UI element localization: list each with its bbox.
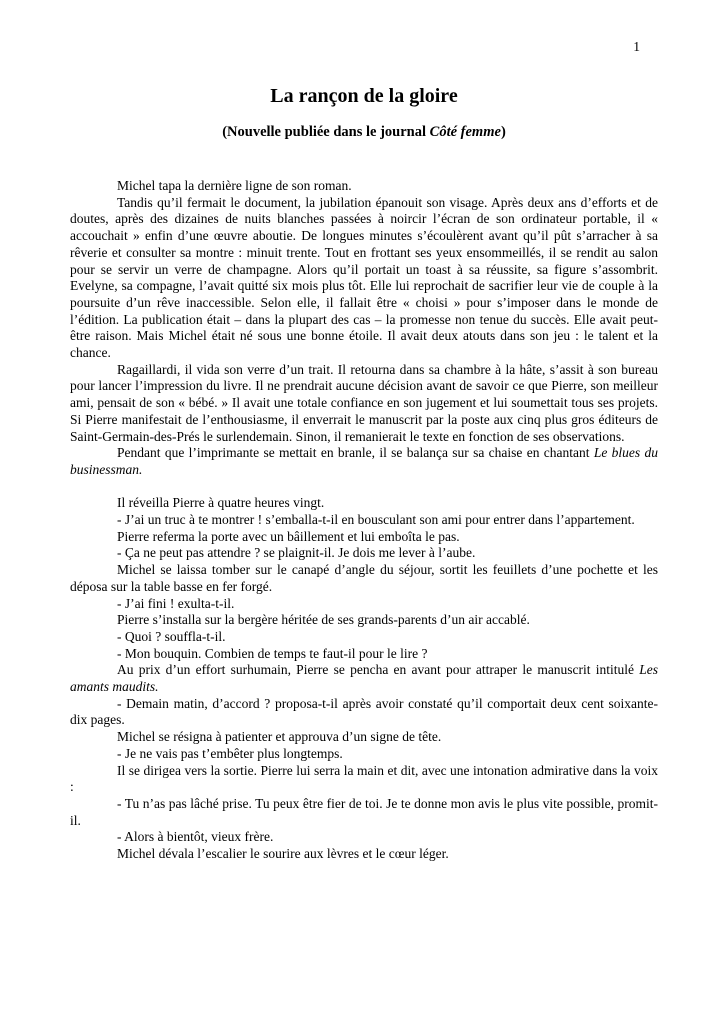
text-run: Il se dirigea vers la sortie. Pierre lui… bbox=[70, 763, 658, 795]
text-run: Pierre s’installa sur la bergère héritée… bbox=[117, 612, 530, 627]
text-run: ) bbox=[501, 124, 506, 140]
document-body: Michel tapa la dernière ligne de son rom… bbox=[70, 178, 658, 863]
text-run: Il réveilla Pierre à quatre heures vingt… bbox=[117, 495, 324, 510]
paragraph: Ragaillardi, il vida son verre d’un trai… bbox=[70, 362, 658, 446]
text-run: Au prix d’un effort surhumain, Pierre se… bbox=[117, 662, 639, 677]
paragraph: - J’ai fini ! exulta-t-il. bbox=[70, 596, 658, 613]
paragraph: Michel dévala l’escalier le sourire aux … bbox=[70, 846, 658, 863]
document-page: 1 La rançon de la gloire (Nouvelle publi… bbox=[0, 0, 724, 1024]
text-run: Michel se résigna à patienter et approuv… bbox=[117, 729, 441, 744]
paragraph: - Alors à bientôt, vieux frère. bbox=[70, 829, 658, 846]
paragraph: Tandis qu’il fermait le document, la jub… bbox=[70, 195, 658, 362]
paragraph: - J’ai un truc à te montrer ! s’emballa-… bbox=[70, 512, 658, 529]
text-run: - Quoi ? souffla-t-il. bbox=[117, 629, 225, 644]
text-run: Tandis qu’il fermait le document, la jub… bbox=[70, 195, 658, 360]
text-run: - J’ai fini ! exulta-t-il. bbox=[117, 596, 234, 611]
text-run: - Mon bouquin. Combien de temps te faut-… bbox=[117, 646, 427, 661]
paragraph: Michel se laissa tomber sur le canapé d’… bbox=[70, 562, 658, 595]
paragraph: - Tu n’as pas lâché prise. Tu peux être … bbox=[70, 796, 658, 829]
document-title: La rançon de la gloire bbox=[70, 85, 658, 108]
paragraph: Pierre s’installa sur la bergère héritée… bbox=[70, 612, 658, 629]
paragraph: - Ça ne peut pas attendre ? se plaignit-… bbox=[70, 545, 658, 562]
text-run: - Je ne vais pas t’embêter plus longtemp… bbox=[117, 746, 343, 761]
text-run: - Alors à bientôt, vieux frère. bbox=[117, 829, 273, 844]
paragraph: Il se dirigea vers la sortie. Pierre lui… bbox=[70, 763, 658, 796]
paragraph: Pierre referma la porte avec un bâilleme… bbox=[70, 529, 658, 546]
blank-line bbox=[70, 479, 658, 496]
text-run: - Demain matin, d’accord ? proposa-t-il … bbox=[70, 696, 658, 728]
document-subtitle: (Nouvelle publiée dans le journal Côté f… bbox=[70, 124, 658, 141]
text-run: Pierre referma la porte avec un bâilleme… bbox=[117, 529, 460, 544]
text-run: Pendant que l’imprimante se mettait en b… bbox=[117, 445, 594, 460]
text-run: Michel se laissa tomber sur le canapé d’… bbox=[70, 562, 658, 594]
text-run: - Tu n’as pas lâché prise. Tu peux être … bbox=[70, 796, 658, 828]
text-run: - J’ai un truc à te montrer ! s’emballa-… bbox=[117, 512, 635, 527]
text-run: Michel dévala l’escalier le sourire aux … bbox=[117, 846, 449, 861]
paragraph: Au prix d’un effort surhumain, Pierre se… bbox=[70, 662, 658, 695]
paragraph: - Quoi ? souffla-t-il. bbox=[70, 629, 658, 646]
paragraph: - Je ne vais pas t’embêter plus longtemp… bbox=[70, 746, 658, 763]
paragraph: Pendant que l’imprimante se mettait en b… bbox=[70, 445, 658, 478]
text-run: Ragaillardi, il vida son verre d’un trai… bbox=[70, 362, 658, 444]
paragraph: - Demain matin, d’accord ? proposa-t-il … bbox=[70, 696, 658, 729]
document-content: La rançon de la gloire (Nouvelle publiée… bbox=[70, 0, 658, 863]
paragraph: Il réveilla Pierre à quatre heures vingt… bbox=[70, 495, 658, 512]
text-run: - Ça ne peut pas attendre ? se plaignit-… bbox=[117, 545, 475, 560]
paragraph: - Mon bouquin. Combien de temps te faut-… bbox=[70, 646, 658, 663]
italic-text-run: Côté femme bbox=[430, 124, 501, 140]
paragraph: Michel se résigna à patienter et approuv… bbox=[70, 729, 658, 746]
text-run: Michel tapa la dernière ligne de son rom… bbox=[117, 178, 352, 193]
paragraph: Michel tapa la dernière ligne de son rom… bbox=[70, 178, 658, 195]
text-run: (Nouvelle publiée dans le journal bbox=[222, 124, 429, 140]
